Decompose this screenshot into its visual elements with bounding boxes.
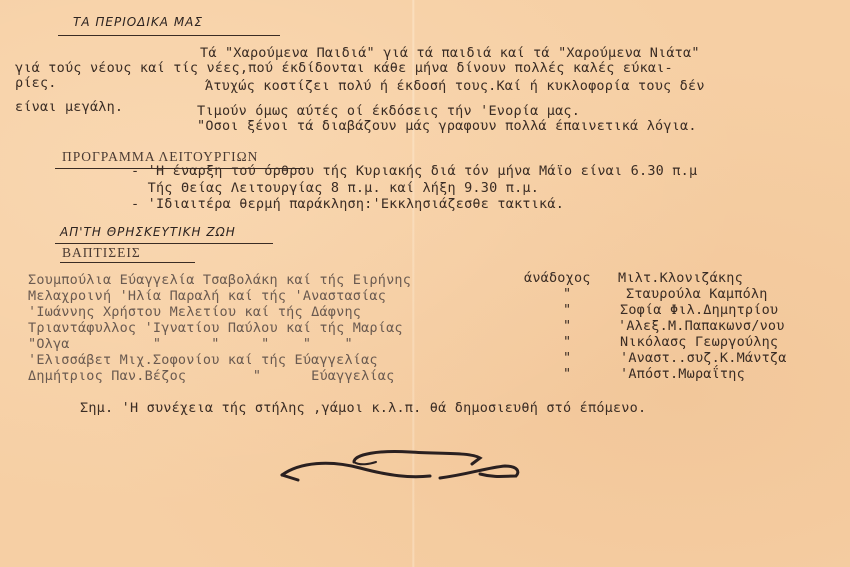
- baptism-row-7-marker: ": [563, 366, 571, 382]
- periodicals-line-3: ρίες.: [15, 75, 57, 91]
- baptism-row-6-marker: ": [563, 350, 571, 366]
- baptism-row-2-child: Μελαχροινή 'Ηλία Παραλή καί τής 'Αναστασ…: [28, 288, 386, 304]
- heading-periodicals-underline: [58, 35, 280, 36]
- document-page: ΤΑ ΠΕΡΙΟΔΙΚΑ ΜΑΣ Τά "Χαρούμενα Παιδιά" γ…: [0, 0, 850, 567]
- flourish-ornament-icon: [280, 448, 520, 488]
- heading-baptisms-underline: [60, 262, 195, 263]
- services-line-2: Τής Θείας Λειτουργίας 8 π.μ. καί λήξη 9.…: [131, 180, 539, 196]
- periodicals-line-2: γιά τούς νέους καί τίς νέες,πού έκδίδοντ…: [15, 60, 673, 76]
- baptism-row-1-child: Σουμπούλια Εύαγγελία Τσαβολάκη καί τής Ε…: [28, 272, 411, 288]
- heading-religious-life-underline: [55, 243, 273, 244]
- periodicals-line-6: Τιμούν όμως αύτές οί έκδόσεις τήν 'Ενορί…: [197, 103, 580, 119]
- baptism-row-1-marker: άνάδοχος: [524, 270, 591, 286]
- periodicals-line-7: "Οσοι ξένοι τά διαβάζουν μάς γραφουν πολ…: [197, 118, 697, 134]
- heading-periodicals: ΤΑ ΠΕΡΙΟΔΙΚΑ ΜΑΣ: [73, 15, 203, 29]
- periodicals-line-5: είναι μεγάλη.: [15, 99, 123, 115]
- baptism-row-2-marker: ": [563, 286, 571, 302]
- baptism-row-2-godparent: Σταυρούλα Καμπόλη: [626, 286, 768, 302]
- baptism-row-3-godparent: Σοφία Φιλ.Δημητρίου: [620, 302, 778, 318]
- baptism-row-1-godparent: Μιλτ.Κλονιζάκης: [618, 270, 743, 286]
- baptism-row-6-godparent: 'Αναστ..συζ.Κ.Μάντζα: [620, 350, 787, 366]
- baptism-row-7-child: Δημήτριος Παν.Βέζος " Εύαγγελίας: [28, 368, 394, 384]
- continuation-note: Σημ. 'Η συνέχεια τής στήλης ,γάμοι κ.λ.π…: [80, 400, 646, 416]
- services-line-1: - 'Η έναρξη τού όρθρου τής Κυριακής διά …: [131, 163, 697, 179]
- baptism-row-4-godparent: 'Αλεξ.Μ.Παπακωνσ/νου: [618, 318, 785, 334]
- baptism-row-4-child: Τριαντάφυλλος 'Ιγνατίου Παύλου καί τής Μ…: [28, 320, 403, 336]
- heading-religious-life: ΑΠ'ΤΗ ΘΡΗΣΚΕΥΤΙΚΗ ΖΩΗ: [60, 225, 236, 239]
- baptism-row-6-child: 'Ελισσάβετ Μιχ.Σοφονίου καί τής Εύαγγελί…: [28, 352, 378, 368]
- baptism-row-5-child: "Ολγα " " " " ": [28, 336, 353, 352]
- periodicals-line-4: Άτυχώς κοστίζει πολύ ή έκδοσή τους.Καί ή…: [205, 78, 705, 94]
- periodicals-line-1: Τά "Χαρούμενα Παιδιά" γιά τά παιδιά καί …: [200, 45, 700, 61]
- baptism-row-3-marker: ": [563, 302, 571, 318]
- baptism-row-4-marker: ": [563, 318, 571, 334]
- baptism-row-7-godparent: 'Απόστ.Μωραΐτης: [620, 366, 745, 382]
- baptism-row-5-marker: ": [563, 334, 571, 350]
- heading-baptisms: ΒΑΠΤΙΣΕΙΣ: [62, 245, 141, 261]
- services-line-3: - 'Ιδιαιτέρα θερμή παράκληση:'Εκκλησιάζε…: [131, 196, 564, 212]
- baptism-row-5-godparent: Νικόλασς Γεωργούλης: [620, 334, 778, 350]
- baptism-row-3-child: 'Ιωάννης Χρήστου Μελετίου καί τής Δάφνης: [28, 304, 361, 320]
